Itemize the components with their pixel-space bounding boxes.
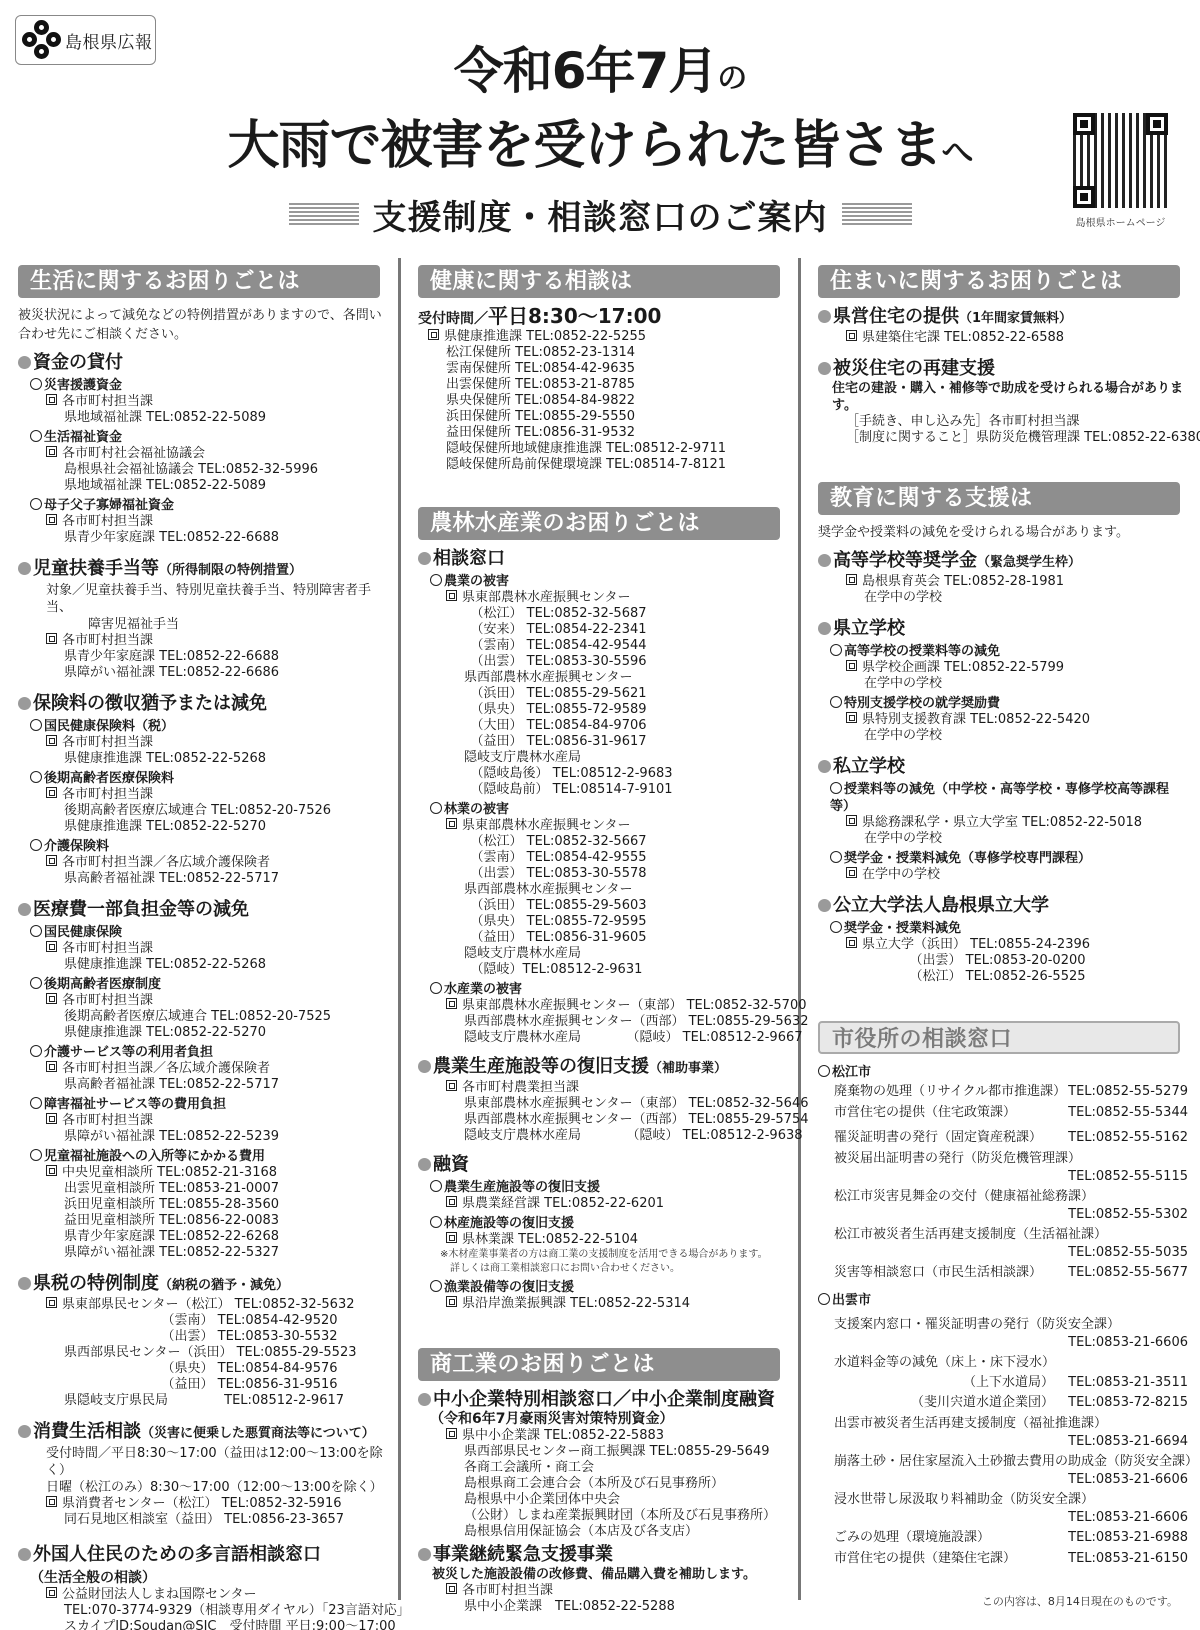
city-item-tel: TEL:0853-21-6606 (818, 1334, 1188, 1351)
footnote: 詳しくは商工業相談窓口にお問い合わせください。 (418, 1262, 788, 1276)
topic-note: （補助事業） (649, 1058, 727, 1080)
contact-text: 島根県商工会連合会（本所及び石見事務所） (464, 1476, 724, 1491)
contact-text: 各市町村担当課 (462, 1583, 553, 1598)
circle-bullet-icon (30, 925, 42, 937)
contact-line: 県高齢者福祉課 TEL:0852-22-5717 (46, 1077, 388, 1093)
contact-line: 各市町村担当課 (46, 787, 388, 803)
contact-text: 県沿岸漁業振興課 TEL:0852-22-5314 (462, 1296, 690, 1311)
contact-text: 島根県社会福祉協議会 TEL:0852-32-5996 (64, 462, 318, 477)
contact-line: （益田） TEL:0856-31-9516 (46, 1377, 388, 1393)
contact-text: 在学中の学校 (864, 728, 942, 743)
contact-line: 隠岐保健所島前保健環境課 TEL:08514-7-8121 (428, 457, 788, 473)
contact-text: 各市町村農業担当課 (462, 1080, 579, 1095)
contact-block: 県東部農林水産振興センター（東部） TEL:0852-32-5700県西部農林水… (418, 998, 788, 1046)
city-row: 出雲市被災者生活再建支援制度（福祉推進課） (818, 1414, 1188, 1433)
city-contact-item: 浸水世帯し尿汲取り料補助金（防災安全課）TEL:0853-21-6606 (818, 1490, 1188, 1526)
topic-heading: 県税の特例制度（納税の猶予・減免） (18, 1273, 388, 1297)
column-divider (398, 258, 401, 1600)
topic-heading: 被災住宅の再建支援 (818, 358, 1188, 380)
city-row: （斐川宍道水道企業団）TEL:0853-72-8215 (818, 1393, 1188, 1412)
city-item-tel: TEL:0853-21-6606 (818, 1471, 1188, 1488)
contact-line: 県林業課 TEL:0852-22-5104 (446, 1232, 788, 1248)
contact-text: （雲南） TEL:0854-42-9555 (464, 850, 647, 865)
contact-text: スカイプID:Soudan@SIC 受付時間 平日:9:00～17:00 (64, 1619, 396, 1630)
circle-bullet-icon (430, 1280, 442, 1292)
topic-description: 住宅の建設・購入・補修等で助成を受けられる場合があります。 (818, 380, 1188, 414)
city-row: 廃棄物の処理（リサイクル都市推進課）TEL:0852-55-5279 (818, 1082, 1188, 1101)
contact-line: 出雲児童相談所 TEL:0853-21-0007 (46, 1181, 388, 1197)
contact-line: 県地域福祉課 TEL:0852-22-5089 (46, 410, 388, 426)
bullet-dot-icon (418, 1060, 431, 1073)
topic-heading: 農業生産施設等の復旧支援（補助事業） (418, 1056, 788, 1080)
decorative-stripes-right (842, 203, 912, 227)
contact-line: 各市町村担当課 (46, 941, 388, 957)
contact-line: （松江） TEL:0852-26-5525 (846, 969, 1188, 985)
contact-line: 益田児童相談所 TEL:0856-22-0083 (46, 1213, 388, 1229)
inquiry-icon (46, 993, 57, 1004)
contact-text: 在学中の学校 (862, 867, 940, 882)
contact-text: TEL:070-3774-9329（相談専用ダイヤル）「23言語対応」 (64, 1603, 410, 1618)
city-title: 出雲市 (832, 1293, 871, 1308)
circle-bullet-icon (30, 719, 42, 731)
contact-line: （出雲） TEL:0853-30-5596 (446, 654, 788, 670)
contact-text: （県央） TEL:0855-72-9595 (464, 914, 647, 929)
title-line2: 大雨で被害を受けられた皆さま (227, 116, 941, 176)
contact-text: 県農業経営課 TEL:0852-22-6201 (462, 1196, 664, 1211)
contact-line: （出雲） TEL:0853-30-5532 (46, 1329, 388, 1345)
contact-text: 県央保健所 TEL:0854-84-9822 (446, 393, 635, 408)
contact-text: 県東部農林水産振興センター (462, 818, 630, 833)
contact-line: 在学中の学校 (846, 676, 1188, 692)
contact-block: 各市町村担当課県青少年家庭課 TEL:0852-22-6688 (18, 514, 388, 546)
inquiry-icon (46, 1165, 57, 1176)
contact-line: 浜田保健所 TEL:0855-29-5550 (428, 409, 788, 425)
contact-text: 隠岐支庁農林水産局 （隠岐） TEL:08512-2-9638 (464, 1128, 803, 1143)
inquiry-icon (46, 1496, 57, 1507)
contact-line: 在学中の学校 (846, 831, 1188, 847)
contact-block: 各市町村担当課後期高齢者医療広域連合 TEL:0852-20-7526県健康推進… (18, 787, 388, 835)
contact-line: （公財）しまね産業振興財団（本所及び石見事務所） (446, 1508, 788, 1524)
city-row: ごみの処理（環境施設課）TEL:0853-21-6988 (818, 1528, 1188, 1547)
city-contact-item: 松江市災害見舞金の交付（健康福祉総務課）TEL:0852-55-5302 (818, 1187, 1188, 1223)
contact-text: （隠岐）TEL:08512-2-9631 (464, 962, 642, 977)
contact-text: 県障がい福祉課 TEL:0852-22-5239 (64, 1129, 279, 1144)
circle-bullet-icon (30, 1149, 42, 1161)
contact-text: 県東部農林水産振興センター（東部） TEL:0852-32-5700 (462, 998, 806, 1013)
contact-line: 島根県中小企業団体中央会 (446, 1492, 788, 1508)
contact-text: 県健康推進課 TEL:0852-22-5268 (64, 957, 266, 972)
contact-line: 各市町村農業担当課 (446, 1080, 788, 1096)
contact-line: 県高齢者福祉課 TEL:0852-22-5717 (46, 871, 388, 887)
contact-block: 県農業経営課 TEL:0852-22-6201 (418, 1196, 788, 1212)
topic-title: 私立学校 (833, 756, 905, 778)
topic-title: 児童扶養手当等 (33, 558, 159, 580)
sub-title: 奨学金・授業料減免 (844, 921, 961, 936)
inquiry-icon (446, 1080, 457, 1091)
contact-line: （益田） TEL:0856-31-9617 (446, 734, 788, 750)
contact-block: 県学校企画課 TEL:0852-22-5799在学中の学校 (818, 660, 1188, 692)
inquiry-icon (46, 394, 57, 405)
contact-text: 県中小企業課 TEL:0852-22-5288 (464, 1599, 675, 1614)
contact-line: 県青少年家庭課 TEL:0852-22-6688 (46, 649, 388, 665)
contact-text: （県央） TEL:0855-72-9589 (464, 702, 647, 717)
contact-text: 隠岐支庁農林水産局 (464, 946, 581, 961)
sub-heading: 高等学校の授業料等の減免 (818, 643, 1188, 660)
inquiry-icon (846, 330, 857, 341)
city-row: 罹災証明書の発行（固定資産税課）TEL:0852-55-5162 (818, 1128, 1188, 1147)
bullet-dot-icon (18, 1277, 31, 1290)
sub-heading: 農業の被害 (418, 573, 788, 590)
section-header-city: 市役所の相談窓口 (818, 1021, 1180, 1054)
topic-heading: 医療費一部負担金等の減免 (18, 899, 388, 921)
circle-bullet-icon (30, 977, 42, 989)
contact-line: 県建築住宅課 TEL:0852-22-6588 (846, 330, 1188, 346)
inquiry-icon (446, 818, 457, 829)
inquiry-icon (46, 1113, 57, 1124)
city-name: 松江市 (818, 1064, 1188, 1081)
contact-line: 出雲保健所 TEL:0853-21-8785 (428, 377, 788, 393)
column-health-agri-commerce: 健康に関する相談は 受付時間／平日8:30～17:00 県健康推進課 TEL:0… (418, 265, 788, 1615)
inquiry-icon (46, 1587, 57, 1598)
topic-heading: 中小企業特別相談窓口／中小企業制度融資 (418, 1389, 788, 1411)
contact-text: 後期高齢者医療広域連合 TEL:0852-20-7525 (64, 1009, 331, 1024)
contact-text: 出雲保健所 TEL:0853-21-8785 (446, 377, 635, 392)
contact-line: 県学校企画課 TEL:0852-22-5799 (846, 660, 1188, 676)
city-item-tel: TEL:0853-21-6150 (1060, 1549, 1188, 1568)
sub-heading: 災害援護資金 (18, 377, 388, 394)
contact-text: 各市町村担当課 (62, 633, 153, 648)
contact-line: 各市町村担当課 (446, 1583, 788, 1599)
contact-line: （県央） TEL:0855-72-9595 (446, 914, 788, 930)
contact-text: （隠岐島後） TEL:08512-2-9683 (464, 766, 673, 781)
circle-bullet-icon (30, 839, 42, 851)
inquiry-icon (446, 1428, 457, 1439)
contact-text: 県林業課 TEL:0852-22-5104 (462, 1232, 638, 1247)
qr-caption: 島根県ホームページ (1073, 214, 1168, 229)
sub-heading: 林産施設等の復旧支援 (418, 1215, 788, 1232)
contact-text: 県東部県民センター（松江） TEL:0852-32-5632 (62, 1297, 354, 1312)
sub-heading: 後期高齢者医療制度 (18, 976, 388, 993)
circle-bullet-icon (430, 1216, 442, 1228)
topic-title: 被災住宅の再建支援 (833, 358, 995, 380)
contact-block: 各市町村社会福祉協議会島根県社会福祉協議会 TEL:0852-32-5996県地… (18, 446, 388, 494)
circle-bullet-icon (30, 1045, 42, 1057)
sub-title: 林産施設等の復旧支援 (444, 1216, 574, 1231)
city-row: （上下水道局）TEL:0853-21-3511 (818, 1373, 1188, 1392)
topic-title: 相談窓口 (433, 548, 505, 570)
contact-block: 各市町村担当課／各広域介護保険者県高齢者福祉課 TEL:0852-22-5717 (18, 855, 388, 887)
contact-text: （出雲） TEL:0853-30-5596 (464, 654, 647, 669)
contact-text: 在学中の学校 (864, 590, 942, 605)
contact-line: 県沿岸漁業振興課 TEL:0852-22-5314 (446, 1296, 788, 1312)
bullet-dot-icon (18, 562, 31, 575)
city-contact-item: 水道料金等の減免（床上・床下浸水） (818, 1353, 1188, 1372)
contact-line: 各市町村担当課 (46, 735, 388, 751)
contact-text: ［手続き、申し込み先］各市町村担当課 (846, 414, 1079, 429)
contact-line: 雲南保健所 TEL:0854-42-9635 (428, 361, 788, 377)
inquiry-icon (846, 660, 857, 671)
city-contact-item: ごみの処理（環境施設課）TEL:0853-21-6988 (818, 1528, 1188, 1547)
section-header-commerce: 商工業のお困りごとは (418, 1348, 780, 1381)
contact-text: 各市町村担当課 (62, 1113, 153, 1128)
contact-block: 島根県育英会 TEL:0852-28-1981在学中の学校 (818, 574, 1188, 606)
contact-line: 隠岐支庁農林水産局 （隠岐） TEL:08512-2-9638 (446, 1128, 788, 1144)
city-item-label: 災害等相談窓口（市民生活相談課） (834, 1263, 1060, 1282)
city-item-tel: TEL:0852-55-5279 (1066, 1082, 1188, 1101)
contact-text: 各市町村担当課 (62, 787, 153, 802)
contact-text: 各市町村担当課 (62, 394, 153, 409)
city-row: 崩落土砂・居住家屋流入土砂撤去費用の助成金（防災安全課） (818, 1452, 1188, 1471)
contact-text: （益田） TEL:0856-31-9516 (64, 1377, 338, 1392)
topic-title: 公立大学法人島根県立大学 (833, 895, 1049, 917)
topic-title: 中小企業特別相談窓口／中小企業制度融資 (433, 1389, 775, 1411)
inquiry-icon (46, 941, 57, 952)
contact-text: 中央児童相談所 TEL:0852-21-3168 (62, 1165, 277, 1180)
city-item-tel: TEL:0853-21-6606 (818, 1509, 1188, 1526)
contact-line: （大田） TEL:0854-84-9706 (446, 718, 788, 734)
bullet-dot-icon (818, 310, 831, 323)
contact-text: ［制度に関すること］県防災危機管理課 TEL:0852-22-6380 (846, 430, 1200, 445)
inquiry-icon (446, 1196, 457, 1207)
sub-heading: 林業の被害 (418, 801, 788, 818)
health-contacts: 県健康推進課 TEL:0852-22-5255松江保健所 TEL:0852-23… (418, 329, 788, 473)
contact-text: （公財）しまね産業振興財団（本所及び石見事務所） (464, 1508, 776, 1523)
topic-note: （1年間家賃無料） (959, 308, 1072, 330)
contact-text: （出雲） TEL:0853-30-5532 (64, 1329, 338, 1344)
sub-heading: 障害福祉サービス等の費用負担 (18, 1096, 388, 1113)
topic-heading: 児童扶養手当等（所得制限の特例措置） (18, 558, 388, 582)
contact-text: 県青少年家庭課 TEL:0852-22-6688 (64, 530, 279, 545)
contact-text: 在学中の学校 (864, 676, 942, 691)
bullet-dot-icon (18, 1425, 31, 1438)
contact-text: （隠岐島前） TEL:08514-7-9101 (464, 782, 673, 797)
contact-line: 在学中の学校 (846, 590, 1188, 606)
city-contact-item: （斐川宍道水道企業団）TEL:0853-72-8215 (818, 1393, 1188, 1412)
target-line: 障害児福祉手当 (18, 616, 388, 633)
city-item-label: 被災届出証明書の発行（防災危機管理課） (834, 1149, 1188, 1168)
contact-line: 各市町村担当課 (46, 1113, 388, 1129)
contact-block: 各市町村担当課後期高齢者医療広域連合 TEL:0852-20-7525県健康推進… (18, 993, 388, 1041)
contact-text: 県西部農林水産振興センター (464, 882, 632, 897)
contact-text: （県央） TEL:0854-84-9576 (64, 1361, 338, 1376)
contact-line: 隠岐支庁農林水産局 (446, 750, 788, 766)
contact-text: 同石見地区相談室（益田） TEL:0856-23-3657 (64, 1512, 344, 1527)
qr-block: 島根県ホームページ (1073, 113, 1168, 229)
inquiry-icon (46, 735, 57, 746)
contact-block: 県東部県民センター（松江） TEL:0852-32-5632 （雲南） TEL:… (18, 1297, 388, 1409)
contact-text: （雲南） TEL:0854-42-9544 (464, 638, 647, 653)
inquiry-icon (846, 937, 857, 948)
sub-title: 母子父子寡婦福祉資金 (44, 498, 174, 513)
sub-heading: 奨学金・授業料減免（専修学校専門課程） (818, 850, 1188, 867)
contact-text: 県高齢者福祉課 TEL:0852-22-5717 (64, 871, 279, 886)
circle-bullet-icon (830, 851, 842, 863)
sub-title: 国民健康保険 (44, 925, 122, 940)
topic-heading: 保険料の徴収猶予または減免 (18, 693, 388, 715)
contact-block: 県沿岸漁業振興課 TEL:0852-22-5314 (418, 1296, 788, 1312)
circle-bullet-icon (830, 782, 842, 794)
contact-line: 県東部農林水産振興センター（東部） TEL:0852-32-5646 (446, 1096, 788, 1112)
sub-title: 後期高齢者医療制度 (44, 977, 161, 992)
contact-block: 公益財団法人しまね国際センターTEL:070-3774-9329（相談専用ダイヤ… (18, 1587, 388, 1630)
city-item-label: 支援案内窓口・罹災証明書の発行（防災安全課） (834, 1315, 1188, 1334)
decorative-stripes-left (289, 203, 359, 227)
bullet-dot-icon (818, 899, 831, 912)
contact-line: 在学中の学校 (846, 728, 1188, 744)
contact-text: 県西部農林水産振興センター（西部） TEL:0855-29-5632 (464, 1014, 808, 1029)
contact-line: 浜田児童相談所 TEL:0855-28-3560 (46, 1197, 388, 1213)
contact-line: 公益財団法人しまね国際センター (46, 1587, 388, 1603)
contact-line: 松江保健所 TEL:0852-23-1314 (428, 345, 788, 361)
sub-title: 農業生産施設等の復旧支援 (444, 1180, 600, 1195)
contact-line: 県青少年家庭課 TEL:0852-22-6688 (46, 530, 388, 546)
city-row: 市営住宅の提供（建築住宅課）TEL:0853-21-6150 (818, 1549, 1188, 1568)
sub-heading: 奨学金・授業料減免 (818, 920, 1188, 937)
city-name: 出雲市 (818, 1292, 1188, 1309)
sub-title: 生活福祉資金 (44, 430, 122, 445)
contact-block: ［手続き、申し込み先］各市町村担当課［制度に関すること］県防災危機管理課 TEL… (818, 414, 1188, 446)
contact-text: 隠岐支庁農林水産局 (464, 750, 581, 765)
inquiry-icon (846, 712, 857, 723)
sub-heading: 介護保険料 (18, 838, 388, 855)
contact-text: 県地域福祉課 TEL:0852-22-5089 (64, 478, 266, 493)
sub-title: 高等学校の授業料等の減免 (844, 644, 1000, 659)
contact-line: 県東部農林水産振興センター (446, 818, 788, 834)
city-item-tel: TEL:0852-55-5344 (1060, 1103, 1188, 1122)
city-row: 災害等相談窓口（市民生活相談課）TEL:0852-55-5677 (818, 1263, 1188, 1282)
inquiry-icon (46, 633, 57, 644)
inquiry-icon (46, 1061, 57, 1072)
contact-line: 後期高齢者医療広域連合 TEL:0852-20-7526 (46, 803, 388, 819)
contact-block: 各市町村担当課県青少年家庭課 TEL:0852-22-6688県障がい福祉課 T… (18, 633, 388, 681)
sub-heading: 水産業の被害 (418, 981, 788, 998)
footnote: ※木材産業事業者の方は商工業の支援制度を活用できる場合があります。 (418, 1248, 788, 1262)
bullet-dot-icon (18, 356, 31, 369)
topic-heading: 外国人住民のための多言語相談窓口 (18, 1544, 388, 1566)
inquiry-icon (46, 446, 57, 457)
circle-bullet-icon (830, 696, 842, 708)
topic-title: 県営住宅の提供 (833, 306, 959, 328)
contact-text: （浜田） TEL:0855-29-5621 (464, 686, 647, 701)
circle-bullet-icon (30, 771, 42, 783)
contact-line: 県西部県民センター（浜田） TEL:0855-29-5523 (46, 1345, 388, 1361)
contact-text: 浜田保健所 TEL:0855-29-5550 (446, 409, 635, 424)
city-item-label: ごみの処理（環境施設課） (834, 1528, 1060, 1547)
city-contact-item: 市営住宅の提供（建築住宅課）TEL:0853-21-6150 (818, 1549, 1188, 1568)
contact-line: 各市町村担当課 (46, 394, 388, 410)
contact-line: 各市町村社会福祉協議会 (46, 446, 388, 462)
city-item-label: 罹災証明書の発行（固定資産税課） (834, 1128, 1060, 1147)
contact-line: （隠岐）TEL:08512-2-9631 (446, 962, 788, 978)
city-item-label: 市営住宅の提供（建築住宅課） (834, 1549, 1060, 1568)
circle-bullet-icon (30, 378, 42, 390)
circle-bullet-icon (430, 1180, 442, 1192)
bullet-dot-icon (818, 362, 831, 375)
contact-text: 県立大学（浜田） TEL:0855-24-2396 (862, 937, 1090, 952)
contact-line: （雲南） TEL:0854-42-9520 (46, 1313, 388, 1329)
contact-block: 県消費者センター（松江） TEL:0852-32-5916同石見地区相談室（益田… (18, 1496, 388, 1528)
inquiry-icon (446, 1296, 457, 1307)
contact-line: 県健康推進課 TEL:0852-22-5270 (46, 819, 388, 835)
circle-bullet-icon (430, 574, 442, 586)
contact-text: （雲南） TEL:0854-42-9520 (64, 1313, 338, 1328)
contact-text: 隠岐支庁農林水産局 （隠岐） TEL:08512-2-9667 (464, 1030, 803, 1045)
contact-line: （県央） TEL:0855-72-9589 (446, 702, 788, 718)
qr-code-icon[interactable] (1073, 113, 1168, 208)
topic-heading: 高等学校等奨学金（緊急奨学生枠） (818, 550, 1188, 574)
brand-badge: 島根県広報 (15, 15, 156, 65)
city-contact-item: 罹災証明書の発行（固定資産税課）TEL:0852-55-5162 (818, 1128, 1188, 1147)
sub-title: 介護保険料 (44, 839, 109, 854)
circle-bullet-icon (30, 1097, 42, 1109)
contact-text: （出雲） TEL:0853-30-5578 (464, 866, 647, 881)
contact-line: 各市町村担当課 (46, 993, 388, 1009)
contact-text: （浜田） TEL:0855-29-5603 (464, 898, 647, 913)
city-item-label: （斐川宍道水道企業団） (834, 1393, 1060, 1412)
contact-line: 県健康推進課 TEL:0852-22-5268 (46, 957, 388, 973)
inquiry-icon (446, 590, 457, 601)
contact-line: 県隠岐支庁県民局 TEL:08512-2-9617 (46, 1393, 388, 1409)
city-item-label: 出雲市被災者生活再建支援制度（福祉推進課） (834, 1414, 1188, 1433)
city-item-tel: TEL:0852-55-5162 (1060, 1128, 1188, 1147)
contact-text: 県健康推進課 TEL:0852-22-5268 (64, 751, 266, 766)
contact-block: 県特別支援教育課 TEL:0852-22-5420在学中の学校 (818, 712, 1188, 744)
contact-text: 県健康推進課 TEL:0852-22-5270 (64, 1025, 266, 1040)
contact-block: 県立大学（浜田） TEL:0855-24-2396 （出雲） TEL:0853-… (818, 937, 1188, 985)
column-housing-education-city: 住まいに関するお困りごとは 県営住宅の提供（1年間家賃無料）県建築住宅課 TEL… (818, 265, 1188, 1568)
contact-text: 益田保健所 TEL:0856-31-9532 (446, 425, 635, 440)
city-row: 松江市災害見舞金の交付（健康福祉総務課） (818, 1187, 1188, 1206)
inquiry-icon (46, 787, 57, 798)
sub-heading: 農業生産施設等の復旧支援 (418, 1179, 788, 1196)
city-row: 市営住宅の提供（住宅政策課）TEL:0852-55-5344 (818, 1103, 1188, 1122)
contact-text: 隠岐保健所島前保健環境課 TEL:08514-7-8121 (446, 457, 726, 472)
city-contact-item: 被災届出証明書の発行（防災危機管理課）TEL:0852-55-5115 (818, 1149, 1188, 1185)
contact-block: 各市町村担当課県中小企業課 TEL:0852-22-5288 (418, 1583, 788, 1615)
contact-block: 各市町村担当課県健康推進課 TEL:0852-22-5268 (18, 941, 388, 973)
contact-block: 中央児童相談所 TEL:0852-21-3168出雲児童相談所 TEL:0853… (18, 1165, 388, 1261)
bullet-dot-icon (418, 552, 431, 565)
topic-title: 事業継続緊急支援事業 (433, 1544, 613, 1566)
topic-heading: 相談窓口 (418, 548, 788, 570)
hours-line: 受付時間／平日8:30～17:00（益田は12:00～13:00を除く） (18, 1445, 388, 1479)
contact-line: （出雲） TEL:0853-30-5578 (446, 866, 788, 882)
contact-text: 後期高齢者医療広域連合 TEL:0852-20-7526 (64, 803, 331, 818)
contact-line: 県西部県民センター商工振興課 TEL:0855-29-5649 (446, 1444, 788, 1460)
city-contact-item: 市営住宅の提供（住宅政策課）TEL:0852-55-5344 (818, 1103, 1188, 1122)
inquiry-icon (446, 1232, 457, 1243)
contact-line: 県障がい福祉課 TEL:0852-22-5239 (46, 1129, 388, 1145)
column-divider (798, 258, 801, 1600)
city-item-tel: TEL:0852-55-5677 (1060, 1263, 1188, 1282)
contact-text: （松江） TEL:0852-32-5667 (464, 834, 647, 849)
topic-title: 外国人住民のための多言語相談窓口 (33, 1544, 321, 1566)
section-header-education: 教育に関する支援は (818, 482, 1180, 515)
contact-text: 島根県信用保証協会（本店及び各支店） (464, 1524, 698, 1539)
contact-line: 益田保健所 TEL:0856-31-9532 (428, 425, 788, 441)
topic-heading: 私立学校 (818, 756, 1188, 778)
city-item-label: 水道料金等の減免（床上・床下浸水） (834, 1353, 1188, 1372)
contact-text: 公益財団法人しまね国際センター (62, 1587, 256, 1602)
contact-text: 県西部県民センター（浜田） TEL:0855-29-5523 (64, 1345, 356, 1360)
contact-text: 県東部農林水産振興センター (462, 590, 630, 605)
contact-text: （出雲） TEL:0853-20-0200 (864, 953, 1086, 968)
sub-title: 水産業の被害 (444, 982, 522, 997)
city-contact-item: 災害等相談窓口（市民生活相談課）TEL:0852-55-5677 (818, 1263, 1188, 1282)
contact-line: 県健康推進課 TEL:0852-22-5270 (46, 1025, 388, 1041)
inquiry-icon (428, 329, 439, 340)
sub-heading: 特別支援学校の就学奨励費 (818, 695, 1188, 712)
